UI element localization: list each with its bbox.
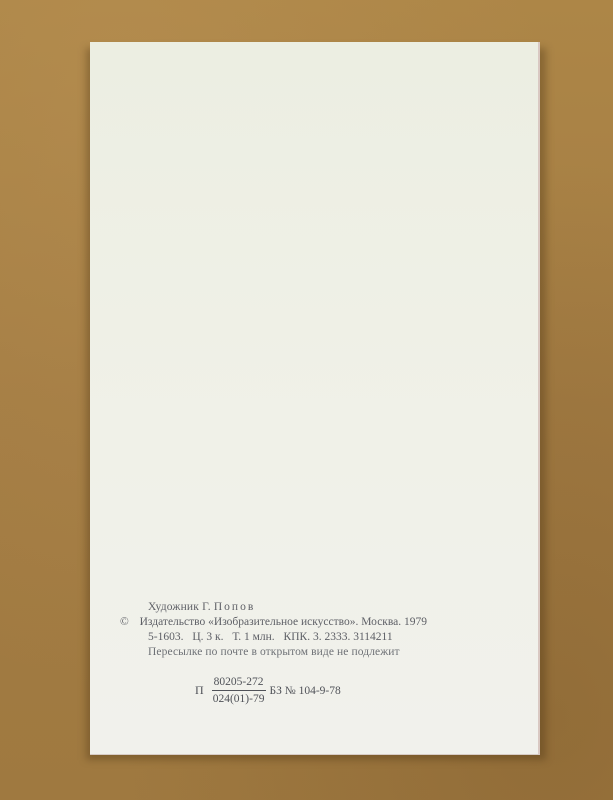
postal-notice: Пересылке по почте в открытом виде не по… [90,645,538,660]
index-prefix: П [195,683,204,698]
code-item: Ц. 3 к. [192,631,223,643]
postcard-back: Художник Г. Попов © Издательство «Изобра… [90,42,540,755]
code-item: Т. 1 млн. [232,631,274,643]
index-denominator: 024(01)-79 [213,691,265,706]
code-item: 5-1603. [148,631,183,643]
artist-credit: Художник Г. Попов [90,600,538,615]
code-item: КПК. 3. 2333. 3114211 [284,631,393,643]
artist-label: Художник Г. [148,601,211,613]
publisher-line: © Издательство «Изобразительное искусств… [90,615,538,630]
order-number: БЗ № 104-9-78 [270,685,341,697]
catalog-index: П 80205-272 024(01)-79 БЗ № 104-9-78 [195,675,341,706]
index-numerator: 80205-272 [212,675,266,691]
index-fraction: 80205-272 024(01)-79 [212,675,266,706]
artist-surname: Попов [214,601,255,613]
imprint-block: Художник Г. Попов © Издательство «Изобра… [90,600,538,660]
publisher-text: Издательство «Изобразительное искусство»… [140,616,427,628]
print-codes: 5-1603. Ц. 3 к. Т. 1 млн. КПК. 3. 2333. … [90,630,538,645]
copyright-icon: © [120,615,129,630]
